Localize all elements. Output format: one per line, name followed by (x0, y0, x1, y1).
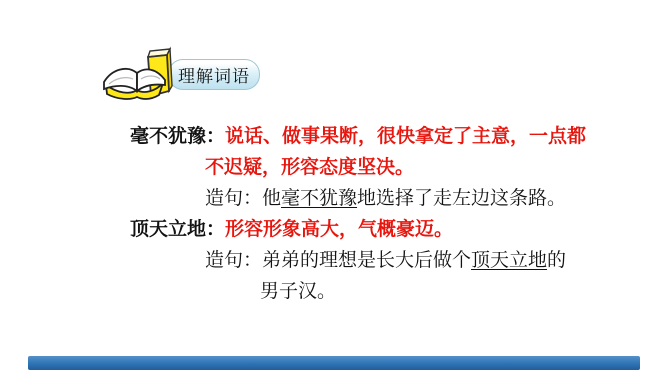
example-line-continued: 男子汉。 (130, 276, 600, 307)
definition-text: 形容形象高大，气概豪迈。 (225, 219, 453, 240)
example-line: 造句：弟弟的理想是长大后做个顶天立地的 (130, 245, 600, 276)
example-keyword-underlined: 毫不犹豫 (281, 188, 357, 209)
headword: 顶天立地： (130, 219, 225, 240)
footer-decoration-bar (28, 356, 640, 370)
example-line: 造句：他毫不犹豫地选择了走左边这条路。 (130, 183, 600, 214)
definition-line: 顶天立地：形容形象高大，气概豪迈。 (130, 214, 600, 245)
example-keyword-underlined: 顶天立地 (471, 250, 547, 271)
headword: 毫不犹豫： (130, 126, 225, 147)
section-badge-label: 理解词语 (178, 62, 250, 87)
example-text: 的 (547, 250, 566, 271)
example-label: 造句： (205, 250, 262, 271)
open-book-icon (100, 44, 182, 111)
slide: 理解词语 毫不犹豫：说话、做事果断，很快拿定了主意，一点都 不迟疑，形容态度坚决… (0, 0, 668, 376)
example-text: 地选择了走左边这条路。 (357, 188, 566, 209)
vocab-list: 毫不犹豫：说话、做事果断，很快拿定了主意，一点都 不迟疑，形容态度坚决。 造句：… (130, 121, 600, 307)
definition-text: 说话、做事果断，很快拿定了主意，一点都 (225, 126, 586, 147)
example-label: 造句： (205, 188, 262, 209)
definition-line: 不迟疑，形容态度坚决。 (130, 152, 600, 183)
definition-line: 毫不犹豫：说话、做事果断，很快拿定了主意，一点都 (130, 121, 600, 152)
example-text: 他 (262, 188, 281, 209)
example-text: 弟弟的理想是长大后做个 (262, 250, 471, 271)
